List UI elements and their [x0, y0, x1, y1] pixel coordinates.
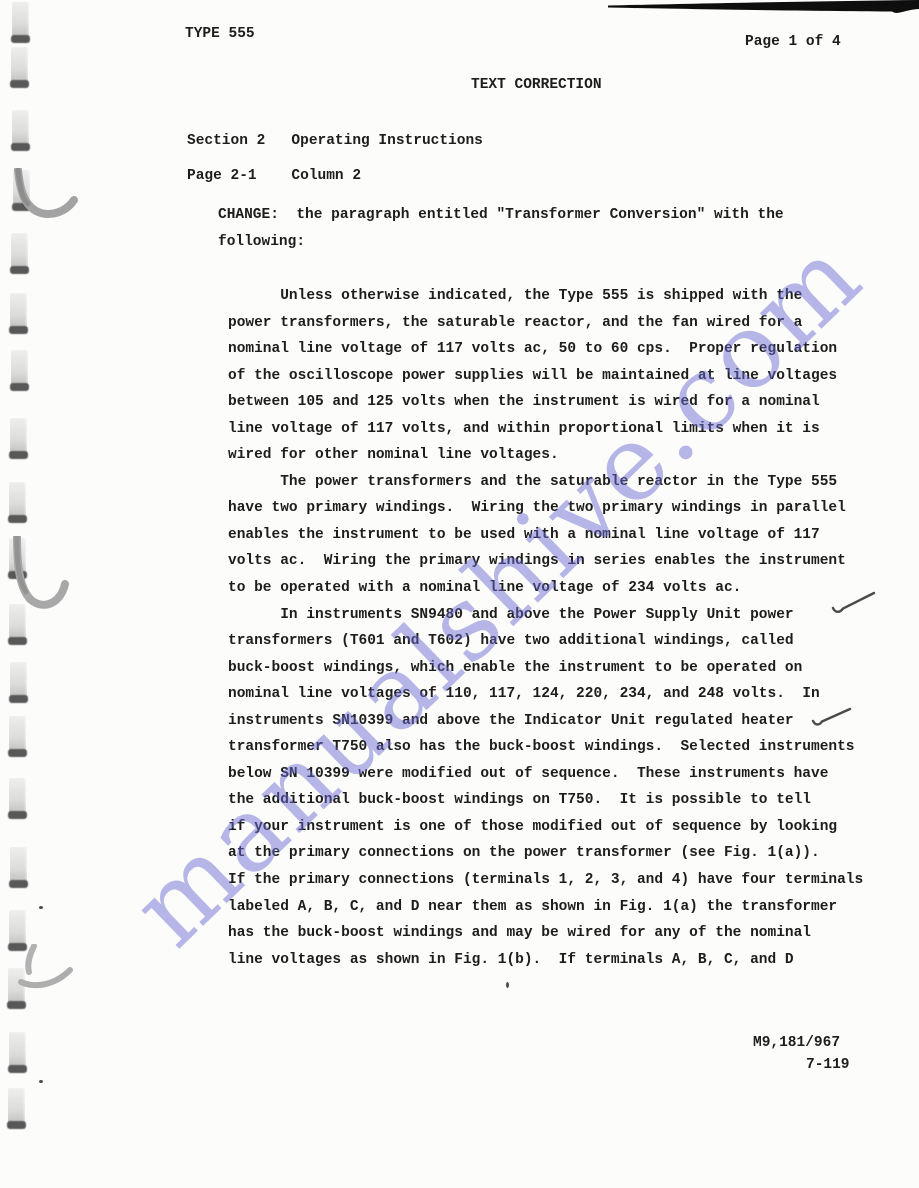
scan-artifact-top-bar [608, 0, 919, 20]
scan-speck [39, 1080, 43, 1083]
text-line: instruments SN10399 and above the Indica… [228, 708, 863, 735]
text-line: following: [218, 229, 784, 256]
page-ref-line: Page 2-1 Column 2 [187, 168, 361, 184]
binder-hole-mark [10, 662, 27, 702]
binder-hole-mark [10, 847, 27, 887]
text-line: Unless otherwise indicated, the Type 555… [228, 283, 863, 310]
text-line: to be operated with a nominal line volta… [228, 575, 863, 602]
text-line: nominal line voltage of 117 volts ac, 50… [228, 336, 863, 363]
binder-hole-mark [11, 350, 28, 390]
text-line: The power transformers and the saturable… [228, 469, 863, 496]
doc-title: TEXT CORRECTION [471, 77, 602, 93]
binder-hole-mark [9, 1032, 26, 1072]
text-line: volts ac. Wiring the primary windings in… [228, 548, 863, 575]
scanned-page: manualshive.com TYPE 555 Page 1 of 4 TEX… [0, 0, 919, 1188]
text-line: between 105 and 125 volts when the instr… [228, 389, 863, 416]
body-text: Unless otherwise indicated, the Type 555… [228, 283, 863, 973]
binder-hole-mark [11, 47, 28, 87]
text-line: line voltages as shown in Fig. 1(b). If … [228, 947, 863, 974]
section-line: Section 2 Operating Instructions [187, 133, 483, 149]
text-line: wired for other nominal line voltages. [228, 442, 863, 469]
scan-speck [506, 982, 509, 988]
text-line: nominal line voltages of 110, 117, 124, … [228, 681, 863, 708]
text-line: of the oscilloscope power supplies will … [228, 363, 863, 390]
binder-hole-mark [9, 482, 26, 522]
binder-hole-mark [9, 778, 26, 818]
text-line: CHANGE: the paragraph entitled "Transfor… [218, 202, 784, 229]
text-line: power transformers, the saturable reacto… [228, 310, 863, 337]
binder-hole-mark [10, 418, 27, 458]
text-line: below SN 10399 were modified out of sequ… [228, 761, 863, 788]
text-line: the additional buck-boost windings on T7… [228, 787, 863, 814]
binder-hook-large [8, 536, 72, 620]
binder-hole-mark [12, 2, 29, 42]
text-line: transformers (T601 and T602) have two ad… [228, 628, 863, 655]
text-line: have two primary windings. Wiring the tw… [228, 495, 863, 522]
text-line: labeled A, B, C, and D near them as show… [228, 894, 863, 921]
text-line: If the primary connections (terminals 1,… [228, 867, 863, 894]
text-line: has the buck-boost windings and may be w… [228, 920, 863, 947]
binder-hook-swoosh [18, 944, 78, 992]
text-line: line voltage of 117 volts, and within pr… [228, 416, 863, 443]
text-line: at the primary connections on the power … [228, 840, 863, 867]
binder-hook-small [12, 168, 84, 224]
page-number-label: Page 1 of 4 [745, 34, 841, 50]
text-line: enables the instrument to be used with a… [228, 522, 863, 549]
text-line: if your instrument is one of those modif… [228, 814, 863, 841]
binder-hole-mark [9, 716, 26, 756]
binder-hole-mark [11, 233, 28, 273]
text-line: buck-boost windings, which enable the in… [228, 655, 863, 682]
text-line: transformer T750 also has the buck-boost… [228, 734, 863, 761]
scan-speck [39, 906, 43, 909]
footer-page-code: 7-119 [806, 1052, 850, 1079]
binder-hole-mark [8, 1088, 25, 1128]
change-block: CHANGE: the paragraph entitled "Transfor… [218, 202, 784, 255]
doc-type-label: TYPE 555 [185, 26, 255, 42]
binder-hole-mark [12, 110, 29, 150]
binder-hole-mark [10, 293, 27, 333]
text-line: In instruments SN9480 and above the Powe… [228, 602, 863, 629]
